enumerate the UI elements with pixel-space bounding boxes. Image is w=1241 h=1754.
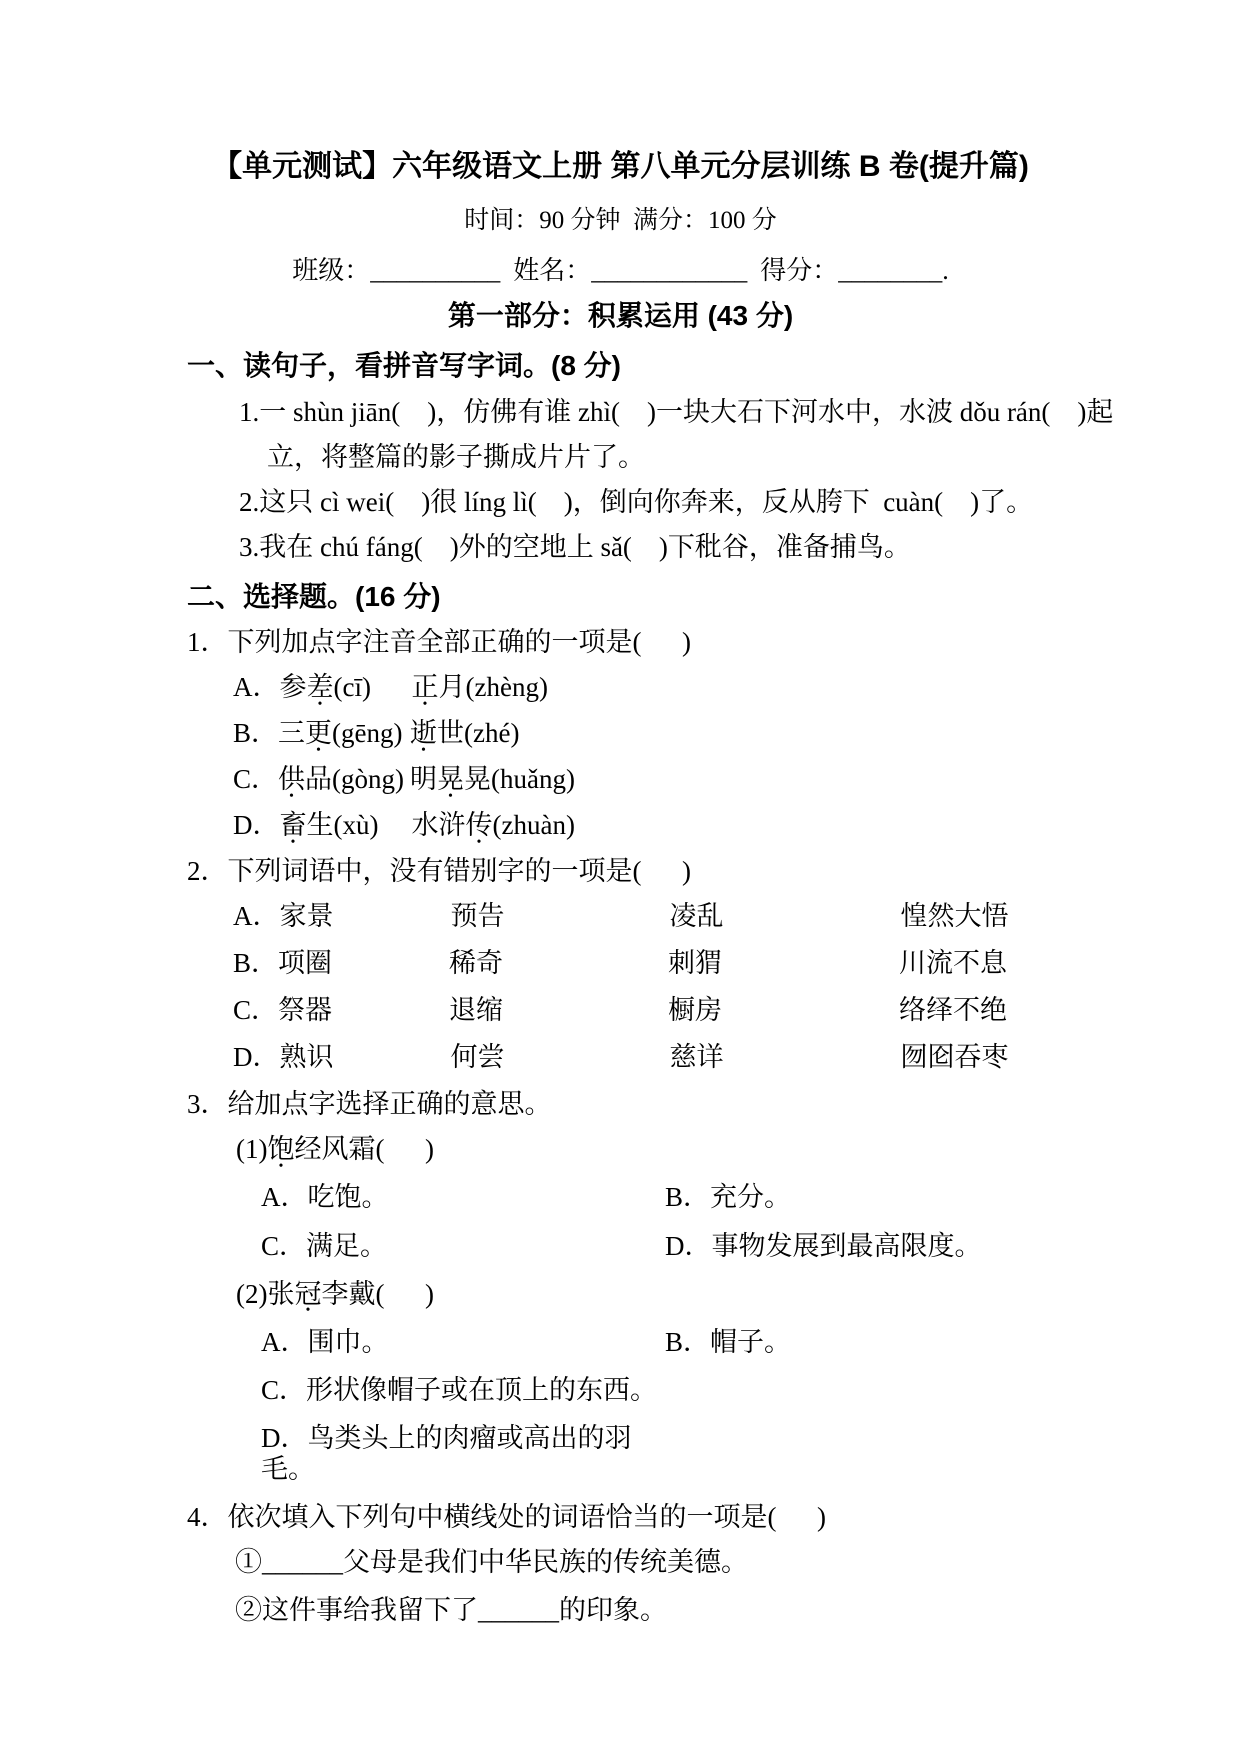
q2-option-d-word-1: 熟识	[280, 1042, 451, 1073]
section-1-heading: 第一部分：积累运用 (43 分)	[0, 300, 1241, 332]
score-blank: ________	[838, 256, 942, 285]
q1-option-c: C． 供品(gòng) 明晃晃(huǎng)	[233, 764, 1181, 795]
q2-option-b-word-1: 项圈	[278, 948, 449, 979]
part1-item-3: 3.我在 chú fáng( )外的空地上 sǎ( )下秕谷，准备捕鸟。	[239, 532, 1181, 563]
q3-sub2-option-c: C．形状像帽子或在顶上的东西。	[261, 1375, 665, 1406]
score-label: 得分：	[760, 256, 838, 285]
q1-option-d-word-1: 畜生(xù)	[280, 810, 412, 841]
q3-sub2-option-b: B．帽子。	[665, 1327, 791, 1358]
q2-option-c-label: C．	[233, 995, 278, 1026]
q2-option-c-word-1: 祭器	[278, 995, 449, 1026]
part1-item-1-line-2: 立，将整篇的影子撕成片片了。	[267, 442, 1181, 473]
q2-option-a-word-4: 惶然大悟	[901, 901, 1009, 932]
name-label: 姓名：	[513, 256, 591, 285]
q3-sub2-option-a: A．围巾。	[261, 1327, 665, 1358]
question-4-stem: 4．依次填入下列句中横线处的词语恰当的一项是( )	[187, 1502, 1181, 1533]
q1-option-d-word-2: 水浒传(zhuàn)	[412, 810, 575, 841]
q2-option-b-label: B．	[233, 948, 278, 979]
q1-option-b-word-1: 三更(gēng)	[278, 718, 410, 749]
q2-option-c-word-4: 络绎不绝	[899, 995, 1007, 1026]
name-blank: ____________	[591, 256, 747, 285]
q1-option-d-label: D．	[233, 810, 280, 841]
q4-sentence-1: ①______父母是我们中华民族的传统美德。	[235, 1547, 1181, 1578]
q3-sub1-row-ab: A．吃饱。 B．充分。	[261, 1182, 1181, 1213]
q3-sub2-title: (2)张冠李戴( )	[236, 1279, 1181, 1310]
q2-option-d-word-2: 何尝	[451, 1042, 670, 1073]
meta-line: 时间：90 分钟 满分：100 分	[0, 207, 1241, 236]
q1-option-b: B． 三更(gēng) 逝世(zhé)	[233, 718, 1181, 749]
q2-option-a: A． 家景 预告 凌乱 惶然大悟	[233, 901, 1181, 932]
q1-option-c-word-1: 供品(gòng)	[278, 764, 410, 795]
q1-option-a-word-2: 正月(zhèng)	[412, 672, 548, 703]
field-gap-1	[500, 256, 513, 285]
q2-option-a-label: A．	[233, 901, 280, 932]
q1-option-c-word-2: 明晃晃(huǎng)	[410, 764, 575, 795]
fields-suffix: .	[942, 256, 949, 285]
q2-option-d: D． 熟识 何尝 慈详 囫囵吞枣	[233, 1042, 1181, 1073]
q2-option-d-word-3: 慈详	[670, 1042, 901, 1073]
q2-option-a-word-3: 凌乱	[670, 901, 901, 932]
q1-option-b-word-2: 逝世(zhé)	[410, 718, 519, 749]
q2-option-b-word-3: 刺猬	[668, 948, 899, 979]
class-label: 班级：	[292, 256, 370, 285]
class-blank: __________	[370, 256, 500, 285]
q3-sub1-title: (1)饱经风霜( )	[236, 1134, 1181, 1165]
q2-option-a-word-1: 家景	[280, 901, 451, 932]
q3-sub1-row-cd: C．满足。 D．事物发展到最高限度。	[261, 1231, 1181, 1262]
question-2-stem: 2．下列词语中，没有错别字的一项是( )	[187, 856, 1181, 887]
part-1-heading: 一、读句子，看拼音写字词。(8 分)	[187, 350, 1181, 382]
q1-option-b-label: B．	[233, 718, 278, 749]
q2-option-b: B． 项圈 稀奇 刺猬 川流不息	[233, 948, 1181, 979]
q3-sub2-row-ab: A．围巾。 B．帽子。	[261, 1327, 1181, 1358]
q3-sub2-option-d: D．鸟类头上的肉瘤或高出的羽毛。	[261, 1423, 665, 1485]
student-fields-line: 班级：__________ 姓名：____________ 得分：_______…	[0, 256, 1241, 286]
paper-body: 一、读句子，看拼音写字词。(8 分) 1.一 shùn jiān( )，仿佛有谁…	[0, 350, 1241, 1626]
test-paper-page: 【单元测试】六年级语文上册 第八单元分层训练 B 卷(提升篇) 时间：90 分钟…	[0, 0, 1241, 1754]
q2-option-b-word-2: 稀奇	[449, 948, 668, 979]
part-2-heading: 二、选择题。(16 分)	[187, 581, 1181, 613]
question-3-stem: 3．给加点字选择正确的意思。	[187, 1089, 1181, 1120]
q3-sub2-row-d: D．鸟类头上的肉瘤或高出的羽毛。	[261, 1423, 1181, 1485]
q3-sub2-row-c: C．形状像帽子或在顶上的东西。	[261, 1375, 1181, 1406]
q2-option-c-word-2: 退缩	[449, 995, 668, 1026]
q3-sub1-option-d: D．事物发展到最高限度。	[665, 1231, 982, 1262]
q1-option-a-label: A．	[233, 672, 280, 703]
q2-option-d-label: D．	[233, 1042, 280, 1073]
part1-item-2: 2.这只 cì wei( )很 líng lì( )，倒向你奔来，反从胯下 cu…	[239, 487, 1181, 518]
q3-sub1-option-c: C．满足。	[261, 1231, 665, 1262]
part1-item-1-line-1: 1.一 shùn jiān( )，仿佛有谁 zhì( )一块大石下河水中，水波 …	[239, 397, 1181, 428]
field-gap-2	[747, 256, 760, 285]
q1-option-a-word-1: 参差(cī)	[280, 672, 412, 703]
q1-option-a: A． 参差(cī) 正月(zhèng)	[233, 672, 1181, 703]
q2-option-d-word-4: 囫囵吞枣	[901, 1042, 1009, 1073]
q3-sub1-option-a: A．吃饱。	[261, 1182, 665, 1213]
q2-option-c-word-3: 橱房	[668, 995, 899, 1026]
q4-sentence-2: ②这件事给我留下了______的印象。	[235, 1595, 1181, 1626]
q1-option-c-label: C．	[233, 764, 278, 795]
q2-option-a-word-2: 预告	[451, 901, 670, 932]
q3-sub1-option-b: B．充分。	[665, 1182, 791, 1213]
q2-option-c: C． 祭器 退缩 橱房 络绎不绝	[233, 995, 1181, 1026]
question-1-stem: 1．下列加点字注音全部正确的一项是( )	[187, 627, 1181, 658]
page-title: 【单元测试】六年级语文上册 第八单元分层训练 B 卷(提升篇)	[0, 150, 1241, 185]
q1-option-d: D． 畜生(xù) 水浒传(zhuàn)	[233, 810, 1181, 841]
q2-option-b-word-4: 川流不息	[899, 948, 1007, 979]
